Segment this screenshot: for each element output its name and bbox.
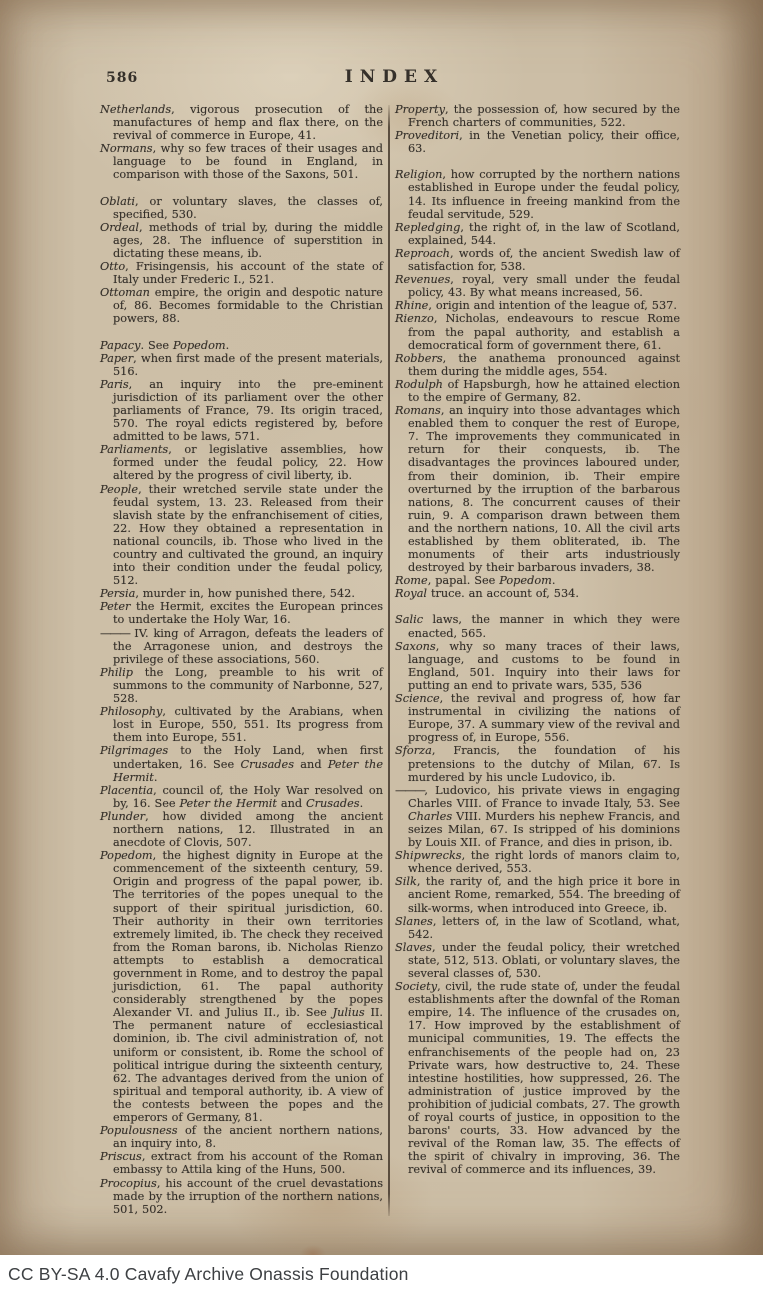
index-entry: Procopius, his account of the cruel deva… <box>100 1177 383 1216</box>
index-entry: Placentia, council of, the Holy War reso… <box>100 784 383 810</box>
entry-term: Rome <box>395 574 428 587</box>
entry-term: Rienzo <box>395 312 434 325</box>
entry-term: Rodulph <box>395 378 443 391</box>
entry-term: Persia <box>100 587 135 600</box>
entry-term: Sforza <box>395 744 432 757</box>
entry-term: Paris <box>100 378 129 391</box>
entry-term: Placentia <box>100 784 153 797</box>
entry-text: . <box>226 339 230 352</box>
page-header: 586 INDEX <box>100 66 682 98</box>
entry-term: Saxons <box>395 640 436 653</box>
index-entry: Otto, Frisingensis, his account of the s… <box>100 260 383 286</box>
index-entry: Society, civil, the rude state of, under… <box>395 980 680 1176</box>
index-entry: Silk, the rarity of, and the high price … <box>395 875 680 914</box>
license-caption-bar: CC BY-SA 4.0 Cavafy Archive Onassis Foun… <box>0 1255 763 1293</box>
index-entry: Property, the possession of, how secured… <box>395 103 680 129</box>
index-entry: ——— IV. king of Arragon, defeats the lea… <box>100 627 383 666</box>
cross-reference: Charles <box>408 810 452 823</box>
index-entry: Revenues, royal, very small under the fe… <box>395 273 680 299</box>
index-entry: Rome, papal. See Popedom. <box>395 574 680 587</box>
index-entry: Populousness of the ancient northern nat… <box>100 1124 383 1150</box>
entry-term: Proveditori <box>395 129 459 142</box>
entry-term: Popedom <box>100 849 153 862</box>
index-entry: Shipwrecks, the right lords of manors cl… <box>395 849 680 875</box>
scanned-page: 586 INDEX Netherlands, vigorous prosecut… <box>0 0 763 1255</box>
index-entry: Philip the Long, preamble to his writ of… <box>100 666 383 705</box>
entry-term: Robbers <box>395 352 443 365</box>
entry-term: Reproach <box>395 247 450 260</box>
index-entry: Repledging, the right of, in the law of … <box>395 221 680 247</box>
entry-term: Romans <box>395 404 441 417</box>
index-entry: Netherlands, vigorous prosecution of the… <box>100 103 383 142</box>
index-entry: Rienzo, Nicholas, endeavours to rescue R… <box>395 312 680 351</box>
index-entry: Papacy. See Popedom. <box>100 339 383 352</box>
entry-text: and <box>277 797 306 810</box>
entry-term: Repledging <box>395 221 460 234</box>
entry-text: . See <box>141 339 173 352</box>
entry-term: Otto <box>100 260 125 273</box>
page-title: INDEX <box>100 67 682 87</box>
entry-term: Royal <box>395 587 427 600</box>
entry-term: Silk <box>395 875 417 888</box>
index-entry: Robbers, the anathema pronounced against… <box>395 352 680 378</box>
entry-term: Science <box>395 692 440 705</box>
entry-term: Philosophy <box>100 705 162 718</box>
entry-term: Religion <box>395 168 442 181</box>
entry-term: Peter <box>100 600 130 613</box>
entry-text: . <box>360 797 364 810</box>
entry-term: Revenues <box>395 273 450 286</box>
entry-term: Plunder <box>100 810 145 823</box>
cross-reference: Julius <box>333 1006 365 1019</box>
index-entry: Ordeal, methods of trial by, during the … <box>100 221 383 260</box>
entry-term: Ordeal <box>100 221 139 234</box>
entry-text: , papal. See <box>428 574 500 587</box>
cross-reference: Popedom <box>173 339 226 352</box>
index-column-left: Netherlands, vigorous prosecution of the… <box>100 103 383 1216</box>
index-entry: Proveditori, in the Venetian policy, the… <box>395 129 680 155</box>
entry-term: Salic <box>395 613 423 626</box>
index-entry: Popedom, the highest dignity in Europe a… <box>100 849 383 1124</box>
entry-term: Rhine <box>395 299 428 312</box>
index-entry: Paris, an inquiry into the pre-eminent j… <box>100 378 383 443</box>
index-entry: Sforza, Francis, the foundation of his p… <box>395 744 680 783</box>
entry-term: Pilgrimages <box>100 744 168 757</box>
entry-text: . <box>552 574 556 587</box>
license-caption-text: CC BY-SA 4.0 Cavafy Archive Onassis Foun… <box>0 1264 409 1285</box>
index-entry: People, their wretched servile state und… <box>100 483 383 588</box>
index-entry: Priscus, extract from his account of the… <box>100 1150 383 1176</box>
index-entry: Religion, how corrupted by the northern … <box>395 168 680 220</box>
entry-term: Netherlands <box>100 103 171 116</box>
index-entry: Plunder, how divided among the ancient n… <box>100 810 383 849</box>
index-entry: Philosophy, cultivated by the Arabians, … <box>100 705 383 744</box>
entry-term: Normans <box>100 142 153 155</box>
index-entry: Oblati, or voluntary slaves, the classes… <box>100 195 383 221</box>
entry-term: Populousness <box>100 1124 178 1137</box>
index-entry: Science, the revival and progress of, ho… <box>395 692 680 744</box>
cross-reference: Peter the Hermit <box>179 797 277 810</box>
entry-term: Parliaments <box>100 443 168 456</box>
index-entry: Pilgrimages to the Holy Land, when first… <box>100 744 383 783</box>
entry-term: Paper <box>100 352 133 365</box>
entry-term: Shipwrecks <box>395 849 462 862</box>
entry-term: Ottoman <box>100 286 150 299</box>
printed-block: 586 INDEX Netherlands, vigorous prosecut… <box>100 66 682 1216</box>
entry-term: Procopius <box>100 1177 157 1190</box>
entry-term: Philip <box>100 666 133 679</box>
entry-term: Property <box>395 103 445 116</box>
entry-dash: ——— <box>100 627 129 640</box>
column-divider-rule <box>388 105 390 1216</box>
index-entry: Peter the Hermit, excites the European p… <box>100 600 383 626</box>
entry-text: , Ludovico, his private views in engagin… <box>408 784 680 810</box>
index-entry: Rhine, origin and intention of the leagu… <box>395 299 680 312</box>
index-entry: Saxons, why so many traces of their laws… <box>395 640 680 692</box>
cross-reference: Popedom <box>499 574 552 587</box>
index-entry: ———, Ludovico, his private views in enga… <box>395 784 680 849</box>
entry-term: Society <box>395 980 437 993</box>
entry-text: and <box>294 758 328 771</box>
entry-term: Priscus <box>100 1150 142 1163</box>
index-entry: Romans, an inquiry into those advantages… <box>395 404 680 574</box>
index-entry: Slanes, letters of, in the law of Scotla… <box>395 915 680 941</box>
entry-text: , the highest dignity in Europe at the c… <box>113 849 383 1019</box>
index-entry: Salic laws, the manner in which they wer… <box>395 613 680 639</box>
index-entry: Slaves, under the feudal policy, their w… <box>395 941 680 980</box>
index-entry: Ottoman empire, the origin and despotic … <box>100 286 383 325</box>
entry-term: Slaves <box>395 941 432 954</box>
index-entry: Rodulph of Hapsburgh, how he attained el… <box>395 378 680 404</box>
index-entry: Parliaments, or legislative assemblies, … <box>100 443 383 482</box>
cross-reference: Crusades <box>306 797 360 810</box>
cross-reference: Crusades <box>240 758 294 771</box>
entry-term: Oblati <box>100 195 135 208</box>
entry-term: Slanes <box>395 915 433 928</box>
entry-term: Papacy <box>100 339 141 352</box>
index-entry: Paper, when first made of the present ma… <box>100 352 383 378</box>
entry-term: People <box>100 483 138 496</box>
entry-text: . <box>154 771 158 784</box>
index-entry: Normans, why so few traces of their usag… <box>100 142 383 181</box>
index-column-right: Property, the possession of, how secured… <box>395 103 680 1216</box>
entry-text: II. The permanent nature of ecclesiastic… <box>113 1006 383 1124</box>
index-entry: Royal truce. an account of, 534. <box>395 587 680 600</box>
index-columns: Netherlands, vigorous prosecution of the… <box>100 103 682 1216</box>
entry-dash: ——— <box>395 784 424 797</box>
index-entry: Persia, murder in, how punished there, 5… <box>100 587 383 600</box>
index-entry: Reproach, words of, the ancient Swedish … <box>395 247 680 273</box>
